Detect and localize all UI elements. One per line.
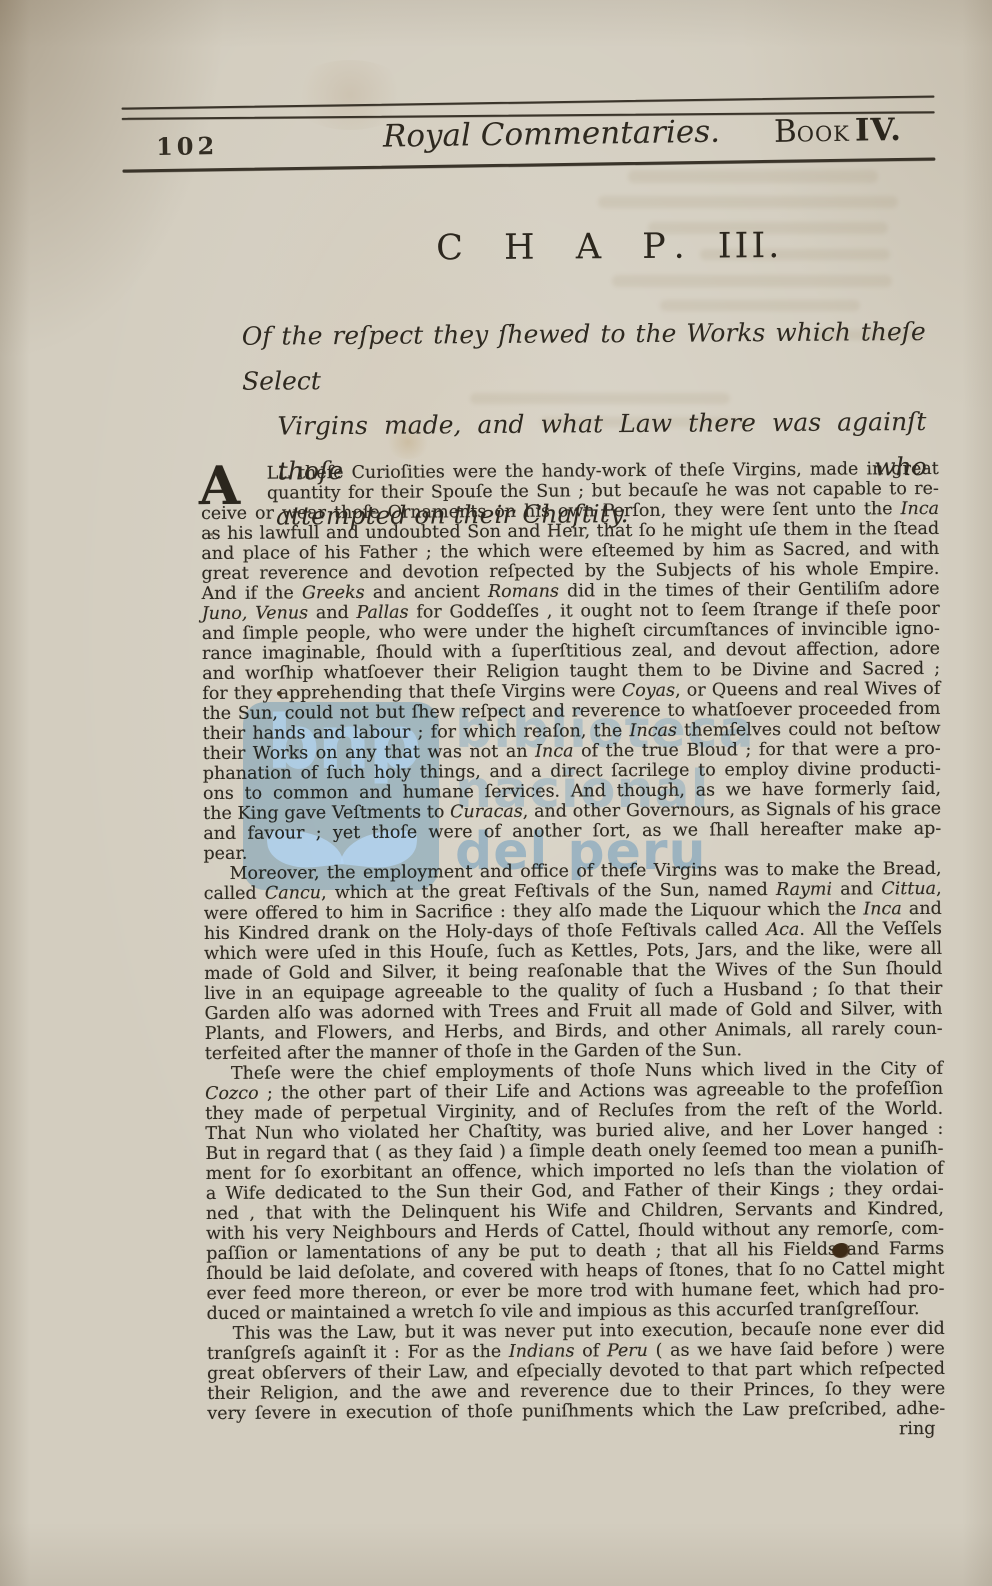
chapter-word: C H A P.: [436, 227, 700, 269]
chapter-numeral: III.: [718, 226, 783, 266]
page-body: C H A P.III. Of the reſpect they ſhewed …: [0, 0, 992, 1586]
ink-blot: [832, 1243, 850, 1258]
book-page-photo: { "colors": { "paper": "#d3cdbf", "ink":…: [0, 0, 992, 1586]
ink-speck: [210, 533, 213, 536]
ink-speck: [277, 691, 282, 696]
body-text: A LL theſe Curioſities were the handy-wo…: [201, 459, 946, 1444]
drop-cap: A: [199, 465, 240, 507]
chapter-heading: C H A P.III.: [436, 226, 782, 268]
subtitle-line: Of the reſpect they ſhewed to the Works …: [242, 309, 927, 404]
